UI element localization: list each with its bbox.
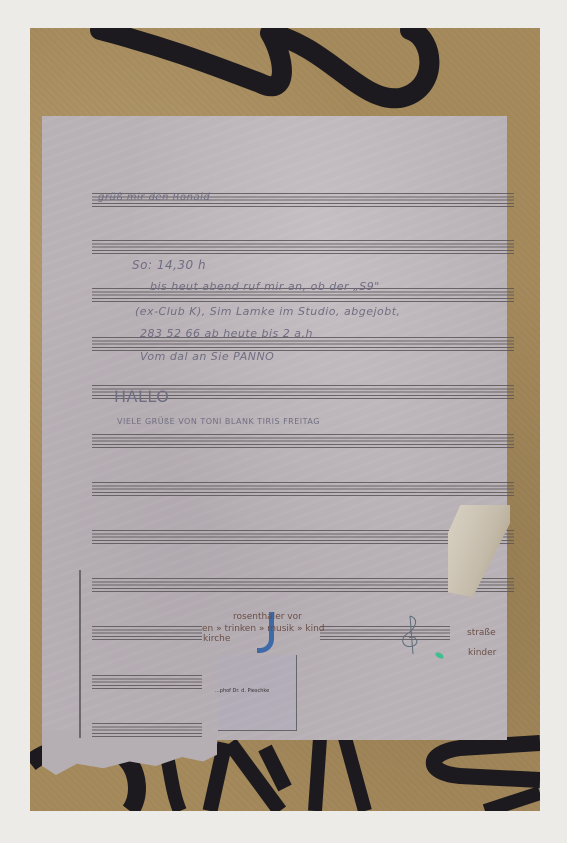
- music-staff: [92, 723, 202, 737]
- treble-clef-doodle: [395, 614, 425, 654]
- music-staff: [92, 675, 202, 689]
- music-staff: [320, 626, 450, 640]
- handwriting-hallo: HALLO: [114, 387, 169, 406]
- envelope-label: ...phof Dr. d. Pieschke: [215, 688, 269, 694]
- music-paper-sheet: [42, 116, 507, 740]
- flyer-text: kinder: [468, 648, 496, 658]
- handwriting-line: bis heut abend ruf mir an, ob der „S9": [150, 280, 380, 293]
- handwriting-line: So: 14,30 h: [132, 258, 206, 272]
- handwriting-line: Vom dal an Sie PANNO: [140, 350, 274, 363]
- margin-line: [79, 570, 81, 738]
- handwriting-line: (ex-Club K), Sim Lamke im Studio, abgejo…: [135, 305, 401, 318]
- music-staff: [92, 240, 514, 254]
- handwriting-greeting: VIELE GRÜßE VON TONI BLANK TIRIS FREITAG: [117, 417, 320, 426]
- music-staff: [92, 626, 202, 640]
- flyer-text: rosenthaler vor: [233, 612, 302, 622]
- handwriting-line: 283 52 66 ab heute bis 2 a.h: [140, 327, 313, 340]
- handwriting-line: grüß mir den Ronald: [98, 192, 210, 203]
- music-staff: [92, 482, 514, 496]
- flyer-text: en » trinken » musik » kind: [202, 624, 325, 634]
- flyer-text: kirche: [203, 634, 230, 644]
- music-staff: [92, 434, 514, 448]
- flyer-text: straße: [467, 628, 496, 638]
